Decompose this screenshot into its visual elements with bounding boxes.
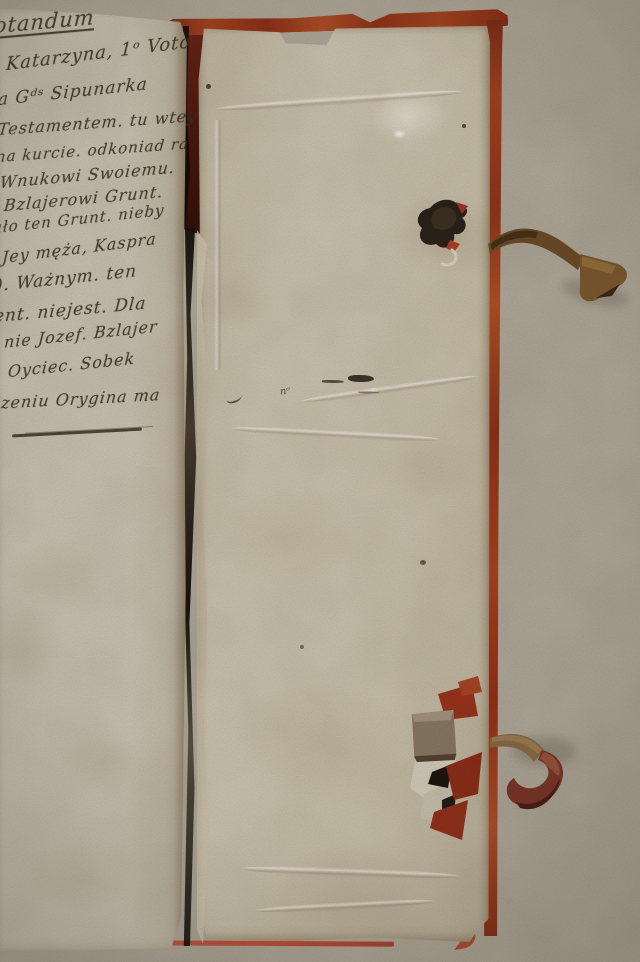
speck — [462, 124, 466, 128]
lower-tie-area — [398, 672, 498, 850]
upper-tie-remnant — [412, 194, 474, 274]
parchment-crease — [214, 120, 222, 370]
speck — [206, 84, 211, 89]
lower-leather-strap — [486, 722, 596, 822]
ink-smudge — [348, 375, 374, 382]
speck — [300, 645, 304, 649]
speck — [420, 560, 426, 565]
numero-mark: nᵒ — [279, 385, 291, 397]
photo-manuscript-book: otandum Katarzyna, 1ᵒ Voto a Gᵈˢ Sipunar… — [0, 0, 640, 962]
upper-leather-strap — [486, 218, 634, 310]
